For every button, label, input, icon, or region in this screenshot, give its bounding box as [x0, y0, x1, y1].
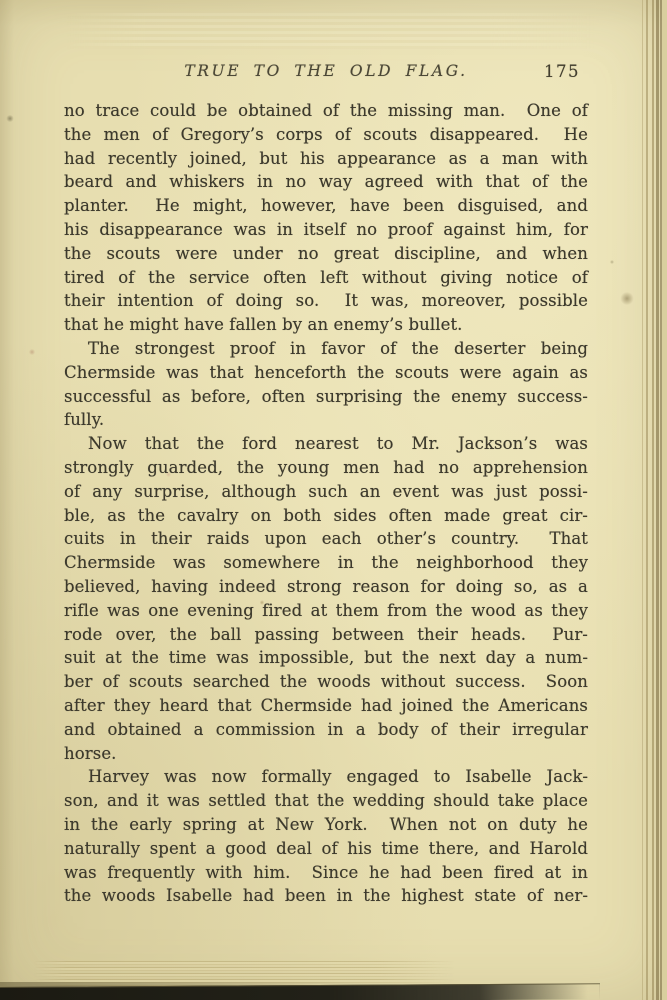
page-edge-line: [656, 0, 659, 1000]
text-line: naturally spent a good deal of his time …: [64, 837, 588, 861]
page-edge-line: [646, 0, 648, 1000]
text-line: The strongest proof in favor of the dese…: [64, 337, 588, 361]
text-line: of any surprise, although such an event …: [64, 480, 588, 504]
text-line: believed, having indeed strong reason fo…: [64, 575, 588, 599]
paragraph: The strongest proof in favor of the dese…: [64, 337, 588, 432]
body-text: no trace could be obtained of the missin…: [64, 99, 588, 908]
paragraph: no trace could be obtained of the missin…: [64, 99, 588, 337]
text-line: cuits in their raids upon each other’s c…: [64, 527, 588, 551]
text-line: strongly guarded, the young men had no a…: [64, 456, 588, 480]
text-line: rifle was one evening fired at them from…: [64, 599, 588, 623]
text-line: fully.: [64, 408, 588, 432]
text-line: after they heard that Chermside had join…: [64, 694, 588, 718]
book-cover-edge: [0, 983, 600, 1000]
text-line: had recently joined, but his appearance …: [64, 147, 588, 171]
paper-blemish: [6, 115, 14, 122]
page-edge-margin: [662, 0, 667, 1000]
paragraph: Now that the ford nearest to Mr. Jackson…: [64, 432, 588, 765]
text-line: Harvey was now formally engaged to Isabe…: [64, 765, 588, 789]
text-line: the men of Gregory’s corps of scouts dis…: [64, 123, 588, 147]
text-line: tired of the service often left without …: [64, 266, 588, 290]
text-line: rode over, the ball passing between thei…: [64, 623, 588, 647]
page-edge-line: [642, 0, 643, 1000]
text-line: ble, as the cavalry on both sides often …: [64, 504, 588, 528]
text-line: horse.: [64, 742, 588, 766]
paper-blemish: [620, 292, 634, 305]
book-page: TRUE TO THE OLD FLAG. 175 no trace could…: [0, 0, 667, 1000]
page-number: 175: [544, 62, 580, 81]
text-line: the woods Isabelle had been in the highe…: [64, 884, 588, 908]
text-line: suit at the time was impossible, but the…: [64, 646, 588, 670]
scan-light-band: [66, 13, 596, 49]
text-line: was frequently with him. Since he had be…: [64, 861, 588, 885]
text-line: and obtained a commission in a body of t…: [64, 718, 588, 742]
page-edge-right: [637, 0, 667, 1000]
paragraph: Harvey was now formally engaged to Isabe…: [64, 765, 588, 908]
text-line: the scouts were under no great disciplin…: [64, 242, 588, 266]
text-line: Chermside was that henceforth the scouts…: [64, 361, 588, 385]
text-line: his disappearance was in itself no proof…: [64, 218, 588, 242]
text-line: their intention of doing so. It was, mor…: [64, 289, 588, 313]
text-line: no trace could be obtained of the missin…: [64, 99, 588, 123]
page-edge-line: [652, 0, 654, 1000]
page-header: TRUE TO THE OLD FLAG. 175: [64, 62, 588, 84]
text-line: in the early spring at New York. When no…: [64, 813, 588, 837]
text-line: that he might have fallen by an enemy’s …: [64, 313, 588, 337]
text-line: ber of scouts searched the woods without…: [64, 670, 588, 694]
text-line: successful as before, often surprising t…: [64, 385, 588, 409]
text-line: son, and it was settled that the wedding…: [64, 789, 588, 813]
running-title: TRUE TO THE OLD FLAG.: [64, 62, 588, 80]
text-line: beard and whiskers in no way agreed with…: [64, 170, 588, 194]
paper-blemish: [29, 349, 35, 355]
text-line: Now that the ford nearest to Mr. Jackson…: [64, 432, 588, 456]
text-line: Chermside was somewhere in the neighborh…: [64, 551, 588, 575]
paper-blemish: [610, 260, 614, 264]
text-line: planter. He might, however, have been di…: [64, 194, 588, 218]
page-edge-line: [660, 0, 662, 1000]
